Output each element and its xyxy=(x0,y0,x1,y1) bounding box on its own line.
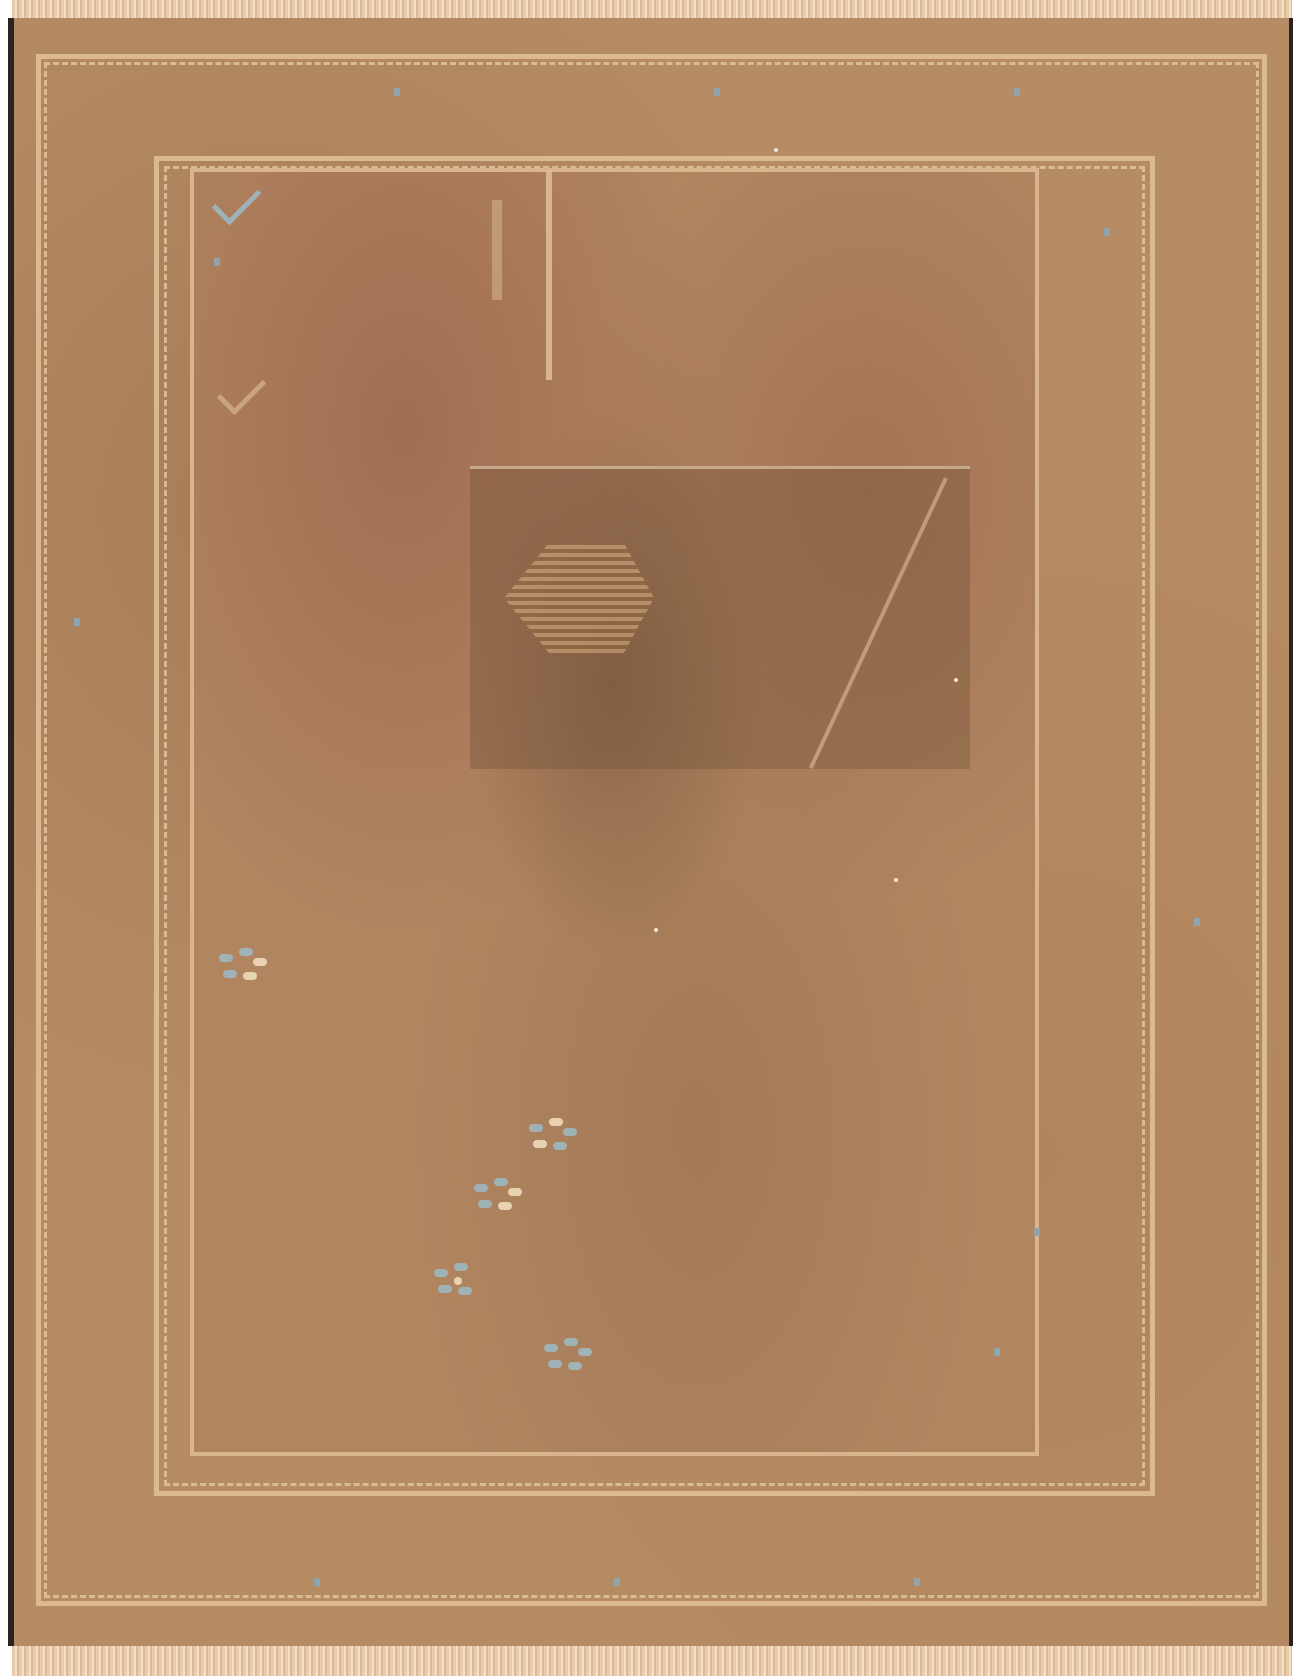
lint-speck xyxy=(774,148,778,152)
flower-motif xyxy=(474,1178,524,1214)
rug-photograph xyxy=(0,0,1303,1676)
vertical-pole-motif xyxy=(546,170,552,380)
blue-dot xyxy=(214,258,220,266)
blue-dot xyxy=(1034,1228,1040,1236)
lint-speck xyxy=(954,678,958,682)
central-field xyxy=(190,168,1039,1456)
blue-dot xyxy=(1194,918,1200,926)
flower-motif xyxy=(434,1263,484,1299)
blue-dot xyxy=(1014,88,1020,96)
flower-motif xyxy=(544,1338,594,1374)
rug xyxy=(8,18,1293,1646)
bottom-fringe xyxy=(12,1646,1292,1676)
blue-dot xyxy=(994,1348,1000,1356)
blue-dot xyxy=(394,88,400,96)
blue-dot xyxy=(714,88,720,96)
blue-dot xyxy=(74,618,80,626)
lint-speck xyxy=(654,928,658,932)
lint-speck xyxy=(894,878,898,882)
small-pole-motif xyxy=(492,200,502,300)
blue-dot xyxy=(914,1578,920,1586)
flower-motif xyxy=(529,1118,579,1154)
blue-dot xyxy=(614,1578,620,1586)
flower-motif xyxy=(219,948,269,984)
blue-dot xyxy=(314,1578,320,1586)
blue-dot xyxy=(1104,228,1110,236)
